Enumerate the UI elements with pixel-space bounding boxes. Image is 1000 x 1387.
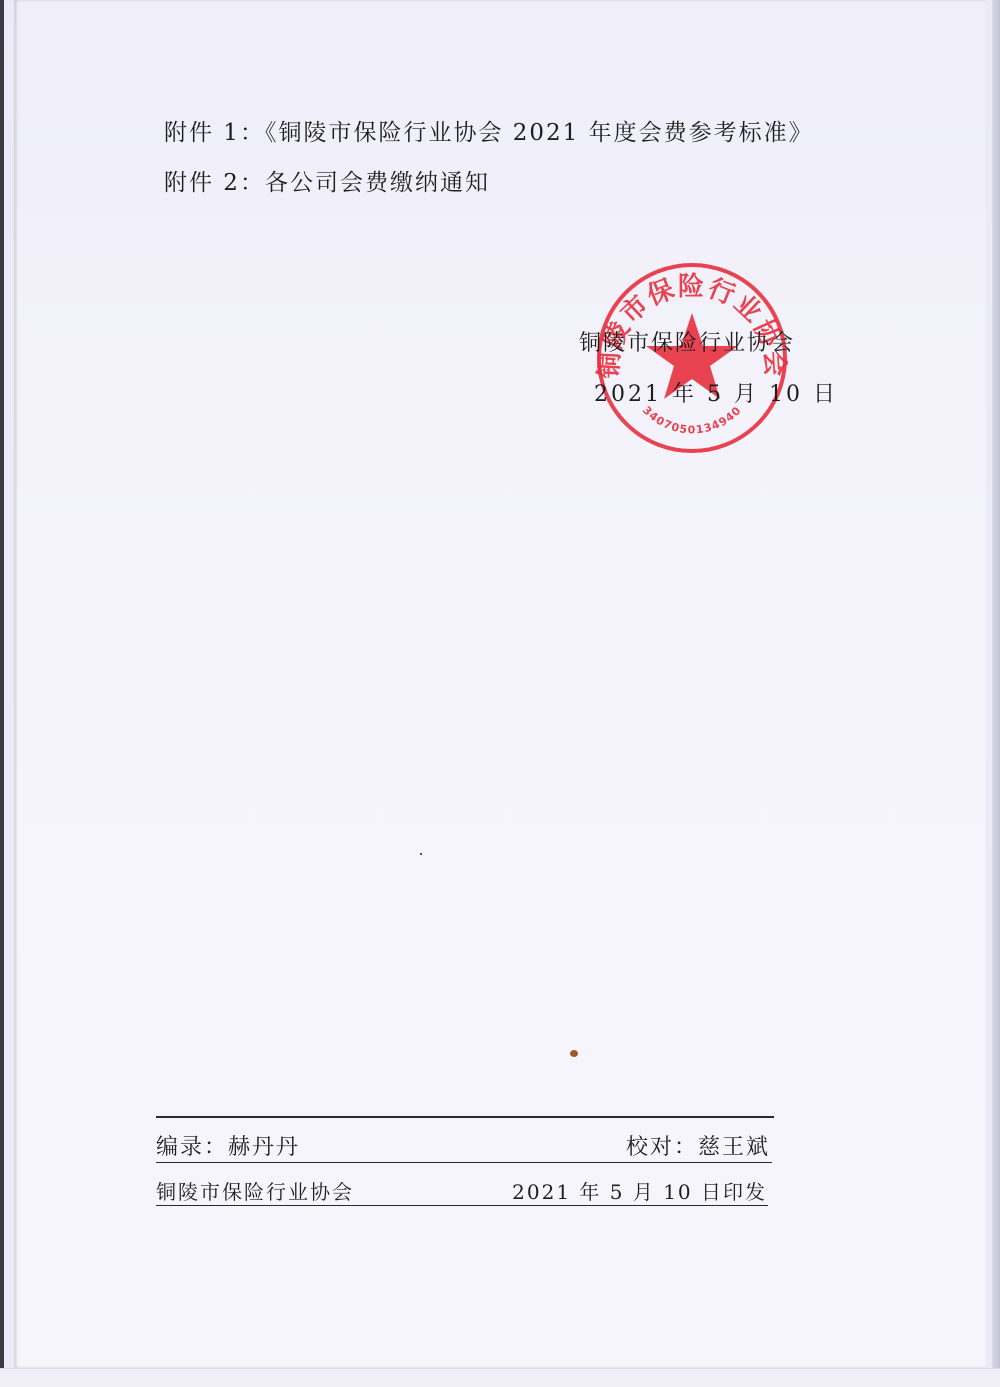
seal-code: 3407050134940 <box>640 404 744 437</box>
attachment-1: 附件 1：《铜陵市保险行业协会 2021 年度会费参考标准》 <box>164 114 814 147</box>
scan-speck <box>570 1050 578 1057</box>
official-seal: 铜陵市保险行业协会 3407050134940 <box>592 258 792 458</box>
attachment-2: 附件 2：各公司会费缴纳通知 <box>164 164 490 197</box>
attachment-2-label: 附件 2： <box>164 170 265 196</box>
footer-rule-middle <box>156 1162 772 1163</box>
footer-rule-bottom <box>156 1205 768 1206</box>
footer-editor: 编录：赫丹丹 <box>156 1130 300 1161</box>
footer-rule-top <box>156 1116 774 1118</box>
scan-edge-left <box>0 0 4 1387</box>
footer-proofreader: 校对：慈王斌 <box>626 1130 770 1161</box>
signature-date: 2021 年 5 月 10 日 <box>594 377 838 408</box>
signature-organization: 铜陵市保险行业协会 <box>579 326 795 357</box>
footer-issue-date: 2021 年 5 月 10 日印发 <box>512 1176 767 1205</box>
scan-edge-bottom <box>0 1368 1000 1387</box>
attachment-1-label: 附件 1： <box>164 120 265 146</box>
attachment-2-title: 各公司会费缴纳通知 <box>265 170 490 196</box>
attachment-1-title: 《铜陵市保险行业协会 2021 年度会费参考标准》 <box>265 120 814 146</box>
footer-issuer: 铜陵市保险行业协会 <box>156 1176 354 1205</box>
scan-speck <box>420 853 422 855</box>
scan-edge-right <box>992 0 1000 1387</box>
